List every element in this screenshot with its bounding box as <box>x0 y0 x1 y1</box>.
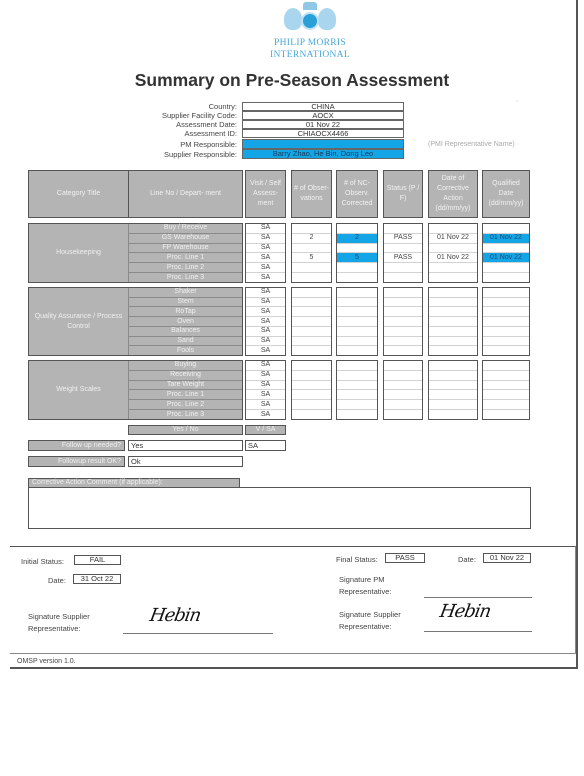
visit-cell[interactable]: SA <box>246 381 285 391</box>
assessment-date-label: Assessment Date: <box>176 120 237 129</box>
supplier-responsible-label: Supplier Responsible: <box>164 150 237 159</box>
section-quality-assurance-process-control: Quality Assurance / Process ControlShake… <box>28 287 243 356</box>
line-label: Balances <box>129 327 242 337</box>
header-category: Category Title <box>28 170 129 218</box>
visit-cell[interactable]: SA <box>246 317 285 327</box>
observations-cell[interactable] <box>292 298 331 308</box>
facility-field[interactable]: AOCX <box>242 111 404 120</box>
assessment-id-label: Assessment ID: <box>184 129 237 138</box>
column-visit: SASASASASASA <box>245 223 286 283</box>
column-corrective-date: 01 Nov 2201 Nov 22 <box>428 223 478 283</box>
country-label: Country: <box>209 102 237 111</box>
column-status <box>383 360 423 420</box>
visit-cell[interactable]: SA <box>246 224 285 234</box>
qualified-date-cell[interactable] <box>483 400 529 410</box>
corrective-date-cell[interactable] <box>429 263 477 273</box>
observations-cell[interactable] <box>292 400 331 410</box>
visit-cell[interactable]: SA <box>246 298 285 308</box>
visit-cell[interactable]: SA <box>246 390 285 400</box>
column-observations <box>291 287 332 356</box>
section-weight-scales: Weight ScalesBuyingReceivingTare WeightP… <box>28 360 243 420</box>
qualified-date-cell[interactable] <box>483 337 529 347</box>
corrective-date-cell[interactable] <box>429 410 477 419</box>
nc-corrected-cell[interactable]: 2 <box>337 234 377 244</box>
observations-cell[interactable] <box>292 410 331 419</box>
qualified-date-cell[interactable] <box>483 371 529 381</box>
column-qualified-date <box>482 287 530 356</box>
signature-right: Hebin <box>438 601 492 622</box>
status-cell[interactable] <box>384 263 422 273</box>
observations-cell[interactable] <box>292 346 331 355</box>
corrective-date-cell[interactable] <box>429 400 477 410</box>
pm-name-hint: (PMI Representative Name) <box>428 141 515 148</box>
line-label: Oven <box>129 317 242 327</box>
observations-cell[interactable] <box>292 371 331 381</box>
category-title: Quality Assurance / Process Control <box>29 288 129 355</box>
observations-cell[interactable] <box>292 317 331 327</box>
page-title: Summary on Pre-Season Assessment <box>0 70 584 91</box>
nc-corrected-cell[interactable] <box>337 273 377 282</box>
status-cell[interactable] <box>384 307 422 317</box>
v-sa-header: V / SA <box>245 425 286 435</box>
observations-cell[interactable] <box>292 224 331 234</box>
column-status <box>383 287 423 356</box>
observations-cell[interactable] <box>292 307 331 317</box>
column-qualified-date <box>482 360 530 420</box>
line-label: Buying <box>129 361 242 371</box>
sig-supplier-left-label-1: Signature Supplier <box>28 611 90 622</box>
category-title: Weight Scales <box>29 361 129 419</box>
line-label: Proc. Line 1 <box>129 390 242 400</box>
pmi-logo: PHILIP MORRIS INTERNATIONAL <box>270 2 350 62</box>
corrective-date-cell[interactable] <box>429 273 477 282</box>
final-status-label: Final Status: <box>336 554 378 565</box>
status-cell[interactable] <box>384 317 422 327</box>
initial-date-field[interactable]: 31 Oct 22 <box>73 574 121 584</box>
nc-corrected-cell[interactable] <box>337 307 377 317</box>
visit-cell[interactable]: SA <box>246 253 285 263</box>
visit-cell[interactable]: SA <box>246 337 285 347</box>
qualified-date-cell[interactable] <box>483 273 529 282</box>
initial-date-label: Date: <box>48 575 66 586</box>
qualified-date-cell[interactable] <box>483 327 529 337</box>
qualified-date-cell[interactable] <box>483 298 529 308</box>
observations-cell[interactable]: 2 <box>292 234 331 244</box>
header-visit: Visit / Self Assess- ment <box>245 170 286 218</box>
corrective-date-cell[interactable]: 01 Nov 22 <box>429 234 477 244</box>
line-label: Proc. Line 3 <box>129 273 242 282</box>
status-cell[interactable] <box>384 390 422 400</box>
column-nc-corrected <box>336 287 378 356</box>
followup-needed-field[interactable]: Yes <box>128 440 243 451</box>
status-cell[interactable] <box>384 400 422 410</box>
status-cell[interactable] <box>384 337 422 347</box>
qualified-date-cell[interactable] <box>483 288 529 298</box>
visit-cell[interactable]: SA <box>246 263 285 273</box>
logo-line-1: PHILIP MORRIS <box>270 38 350 48</box>
line-label: Tare Weight <box>129 381 242 391</box>
category-title: Housekeeping <box>29 224 129 282</box>
visit-cell[interactable]: SA <box>246 244 285 254</box>
qualified-date-cell[interactable] <box>483 381 529 391</box>
qualified-date-cell[interactable] <box>483 263 529 273</box>
line-label: Proc. Line 2 <box>129 400 242 410</box>
sig-pm-label-1: Signature PM <box>339 574 384 585</box>
status-cell[interactable] <box>384 288 422 298</box>
nc-corrected-cell[interactable] <box>337 381 377 391</box>
qualified-date-cell[interactable] <box>483 390 529 400</box>
corrective-date-cell[interactable] <box>429 317 477 327</box>
final-status-field[interactable]: PASS <box>385 553 425 563</box>
column-nc-corrected <box>336 360 378 420</box>
version-label: OMSP version 1.0. <box>17 658 76 665</box>
line-label: RoTap <box>129 307 242 317</box>
followup-needed-label: Follow up needed? <box>28 440 125 451</box>
line-label: Shaker <box>129 288 242 298</box>
corrective-date-cell[interactable] <box>429 390 477 400</box>
assessment-date-field[interactable]: 01 Nov 22 <box>242 120 404 129</box>
nc-corrected-cell[interactable] <box>337 317 377 327</box>
nc-corrected-cell[interactable] <box>337 371 377 381</box>
observations-cell[interactable]: 5 <box>292 253 331 263</box>
signature-left: Hebin <box>148 605 202 626</box>
crest-icon <box>284 2 336 36</box>
observations-cell[interactable] <box>292 361 331 371</box>
country-field[interactable]: CHINA <box>242 102 404 111</box>
corrective-date-cell[interactable] <box>429 298 477 308</box>
line-label: GS Warehouse <box>129 234 242 244</box>
corrective-date-cell[interactable] <box>429 224 477 234</box>
corrective-date-cell[interactable] <box>429 288 477 298</box>
header-nc-corrected: # of NC- Observ. Corrected <box>336 170 378 218</box>
visit-cell[interactable]: SA <box>246 410 285 419</box>
stray-mark: ` <box>516 101 518 108</box>
line-label: Receiving <box>129 371 242 381</box>
corrective-date-cell[interactable] <box>429 337 477 347</box>
visit-cell[interactable]: SA <box>246 307 285 317</box>
column-corrective-date <box>428 287 478 356</box>
visit-cell[interactable]: SA <box>246 346 285 355</box>
nc-corrected-cell[interactable] <box>337 288 377 298</box>
qualified-date-cell[interactable] <box>483 346 529 355</box>
line-label: Buy / Receive <box>129 224 242 234</box>
assessment-page: PHILIP MORRIS INTERNATIONAL Summary on P… <box>0 0 584 776</box>
visit-cell[interactable]: SA <box>246 361 285 371</box>
comment-field[interactable] <box>28 487 531 529</box>
column-visit: SASASASASASA <box>245 360 286 420</box>
header-observations: # of Obser- vations <box>291 170 332 218</box>
status-cell[interactable] <box>384 410 422 419</box>
corrective-date-cell[interactable] <box>429 381 477 391</box>
sig-supplier-left-line[interactable] <box>123 633 273 634</box>
observations-cell[interactable] <box>292 390 331 400</box>
observations-cell[interactable] <box>292 337 331 347</box>
assessment-id-field[interactable]: CHIAOCX4466 <box>242 129 404 138</box>
observations-cell[interactable] <box>292 288 331 298</box>
line-label: FP Warehouse <box>129 244 242 254</box>
status-cell[interactable] <box>384 298 422 308</box>
page-edge <box>10 667 578 669</box>
sig-supplier-left-label-2: Representative: <box>28 623 81 634</box>
corrective-date-cell[interactable] <box>429 371 477 381</box>
visit-cell[interactable]: SA <box>246 327 285 337</box>
followup-result-label: Followup result OK? <box>28 456 125 467</box>
qualified-date-cell[interactable] <box>483 361 529 371</box>
supplier-responsible-field[interactable]: Barry Zhao, He Bin, Dong Leo <box>242 149 404 159</box>
column-observations: 25 <box>291 223 332 283</box>
observations-cell[interactable] <box>292 263 331 273</box>
observations-cell[interactable] <box>292 244 331 254</box>
corrective-date-cell[interactable] <box>429 307 477 317</box>
sig-pm-label-2: Representative: <box>339 586 392 597</box>
nc-corrected-cell[interactable] <box>337 346 377 355</box>
visit-cell[interactable]: SA <box>246 288 285 298</box>
nc-corrected-cell[interactable] <box>337 400 377 410</box>
line-label: Fools <box>129 346 242 355</box>
yes-no-header: Yes / No <box>128 425 243 435</box>
nc-corrected-cell[interactable] <box>337 263 377 273</box>
logo-line-2: INTERNATIONAL <box>270 50 350 60</box>
nc-corrected-cell[interactable] <box>337 298 377 308</box>
observations-cell[interactable] <box>292 327 331 337</box>
nc-corrected-cell[interactable] <box>337 224 377 234</box>
page-edge <box>576 0 578 668</box>
sig-supplier-right-line[interactable] <box>424 631 532 632</box>
header-line: Line No / Depart- ment <box>128 170 243 218</box>
line-label: Sand <box>129 337 242 347</box>
status-cell[interactable] <box>384 371 422 381</box>
sig-supplier-right-label-2: Representative: <box>339 621 392 632</box>
qualified-date-cell[interactable] <box>483 307 529 317</box>
followup-vsa-field[interactable]: SA <box>245 440 286 451</box>
status-cell[interactable] <box>384 273 422 282</box>
observations-cell[interactable] <box>292 381 331 391</box>
nc-corrected-cell[interactable] <box>337 390 377 400</box>
header-corrective-date: Date of Corrective Action (dd/mm/yy) <box>428 170 478 218</box>
status-cell[interactable]: PASS <box>384 253 422 263</box>
nc-corrected-cell[interactable] <box>337 244 377 254</box>
column-status: PASSPASS <box>383 223 423 283</box>
column-qualified-date: 01 Nov 2201 Nov 22 <box>482 223 530 283</box>
status-cell[interactable] <box>384 381 422 391</box>
line-label: Proc. Line 3 <box>129 410 242 419</box>
line-label: Proc. Line 1 <box>129 253 242 263</box>
final-date-field[interactable]: 01 Nov 22 <box>483 553 531 563</box>
visit-cell[interactable]: SA <box>246 273 285 282</box>
column-corrective-date <box>428 360 478 420</box>
column-nc-corrected: 25 <box>336 223 378 283</box>
visit-cell[interactable]: SA <box>246 371 285 381</box>
visit-cell[interactable]: SA <box>246 234 285 244</box>
initial-status-field[interactable]: FAIL <box>74 555 121 565</box>
header-qualified-date: Qualified Date (dd/mm/yy) <box>482 170 530 218</box>
line-label: Proc. Line 2 <box>129 263 242 273</box>
qualified-date-cell[interactable] <box>483 224 529 234</box>
initial-status-label: Initial Status: <box>21 556 64 567</box>
nc-corrected-cell[interactable] <box>337 327 377 337</box>
qualified-date-cell[interactable] <box>483 317 529 327</box>
section-housekeeping: HousekeepingBuy / ReceiveGS WarehouseFP … <box>28 223 243 283</box>
qualified-date-cell[interactable] <box>483 244 529 254</box>
observations-cell[interactable] <box>292 273 331 282</box>
corrective-date-cell[interactable]: 01 Nov 22 <box>429 253 477 263</box>
final-date-label: Date: <box>458 554 476 565</box>
pm-responsible-field[interactable] <box>242 139 404 149</box>
nc-corrected-cell[interactable] <box>337 410 377 419</box>
nc-corrected-cell[interactable] <box>337 337 377 347</box>
pm-responsible-label: PM Responsible: <box>180 140 237 149</box>
sig-pm-line[interactable] <box>424 597 532 598</box>
status-cell[interactable] <box>384 327 422 337</box>
qualified-date-cell[interactable]: 01 Nov 22 <box>483 234 529 244</box>
status-cell[interactable]: PASS <box>384 234 422 244</box>
status-cell[interactable] <box>384 361 422 371</box>
qualified-date-cell[interactable]: 01 Nov 22 <box>483 253 529 263</box>
corrective-date-cell[interactable] <box>429 346 477 355</box>
corrective-date-cell[interactable] <box>429 244 477 254</box>
status-cell[interactable] <box>384 346 422 355</box>
facility-label: Supplier Facility Code: <box>162 111 237 120</box>
header-status: Status (P / F) <box>383 170 423 218</box>
sig-supplier-right-label-1: Signature Supplier <box>339 609 401 620</box>
visit-cell[interactable]: SA <box>246 400 285 410</box>
corrective-date-cell[interactable] <box>429 327 477 337</box>
followup-result-field[interactable]: Ok <box>128 456 243 467</box>
status-cell[interactable] <box>384 224 422 234</box>
corrective-date-cell[interactable] <box>429 361 477 371</box>
line-label: Stem <box>129 298 242 308</box>
qualified-date-cell[interactable] <box>483 410 529 419</box>
column-observations <box>291 360 332 420</box>
nc-corrected-cell[interactable] <box>337 361 377 371</box>
status-cell[interactable] <box>384 244 422 254</box>
nc-corrected-cell[interactable]: 5 <box>337 253 377 263</box>
column-visit: SASASASASASASA <box>245 287 286 356</box>
